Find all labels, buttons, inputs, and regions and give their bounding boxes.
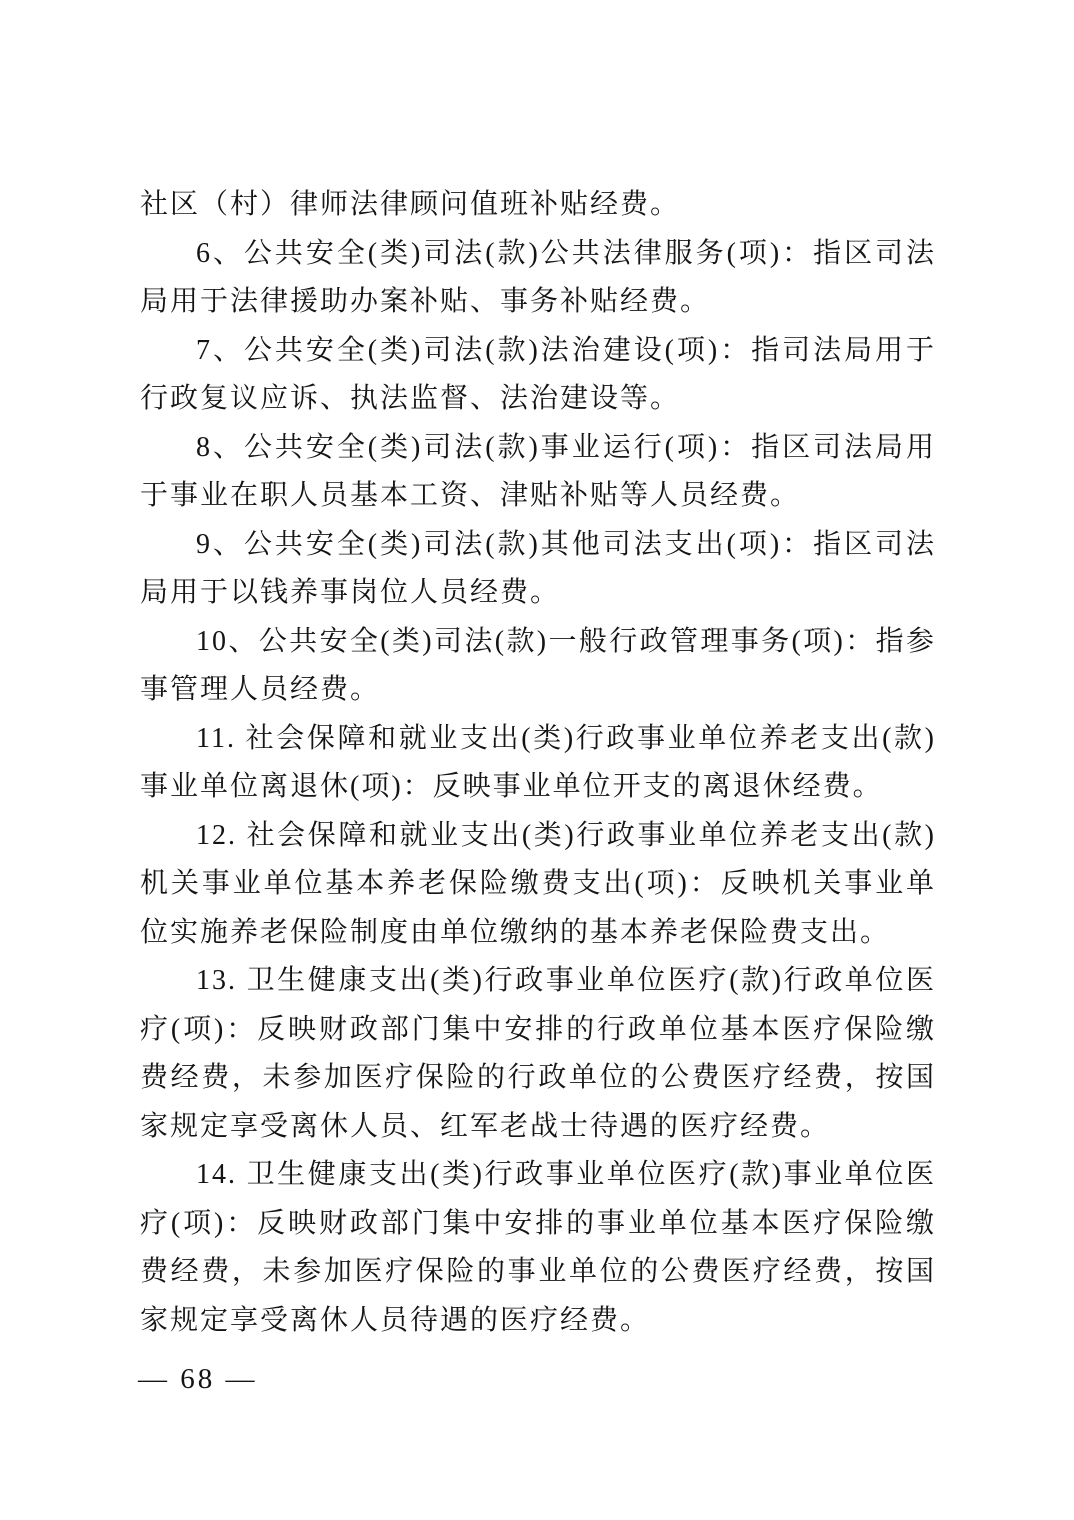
paragraph-item-9: 9、公共安全(类)司法(款)其他司法支出(项)：指区司法局用于以钱养事岗位人员经… bbox=[140, 521, 936, 618]
paragraph-continuation: 社区（村）律师法律顾问值班补贴经费。 bbox=[140, 181, 936, 230]
paragraph-item-14: 14. 卫生健康支出(类)行政事业单位医疗(款)事业单位医疗(项)：反映财政部门… bbox=[140, 1151, 936, 1345]
paragraph-item-7: 7、公共安全(类)司法(款)法治建设(项)：指司法局用于行政复议应诉、执法监督、… bbox=[140, 327, 936, 424]
paragraph-item-10: 10、公共安全(类)司法(款)一般行政管理事务(项)：指参事管理人员经费。 bbox=[140, 618, 936, 715]
document-body: 社区（村）律师法律顾问值班补贴经费。 6、公共安全(类)司法(款)公共法律服务(… bbox=[140, 181, 936, 1345]
paragraph-item-11: 11. 社会保障和就业支出(类)行政事业单位养老支出(款)事业单位离退休(项)：… bbox=[140, 715, 936, 812]
page-number: — 68 — bbox=[138, 1363, 258, 1395]
paragraph-item-8: 8、公共安全(类)司法(款)事业运行(项)：指区司法局用于事业在职人员基本工资、… bbox=[140, 424, 936, 521]
paragraph-item-13: 13. 卫生健康支出(类)行政事业单位医疗(款)行政单位医疗(项)：反映财政部门… bbox=[140, 957, 936, 1151]
paragraph-item-12: 12. 社会保障和就业支出(类)行政事业单位养老支出(款)机关事业单位基本养老保… bbox=[140, 812, 936, 958]
paragraph-item-6: 6、公共安全(类)司法(款)公共法律服务(项)：指区司法局用于法律援助办案补贴、… bbox=[140, 230, 936, 327]
